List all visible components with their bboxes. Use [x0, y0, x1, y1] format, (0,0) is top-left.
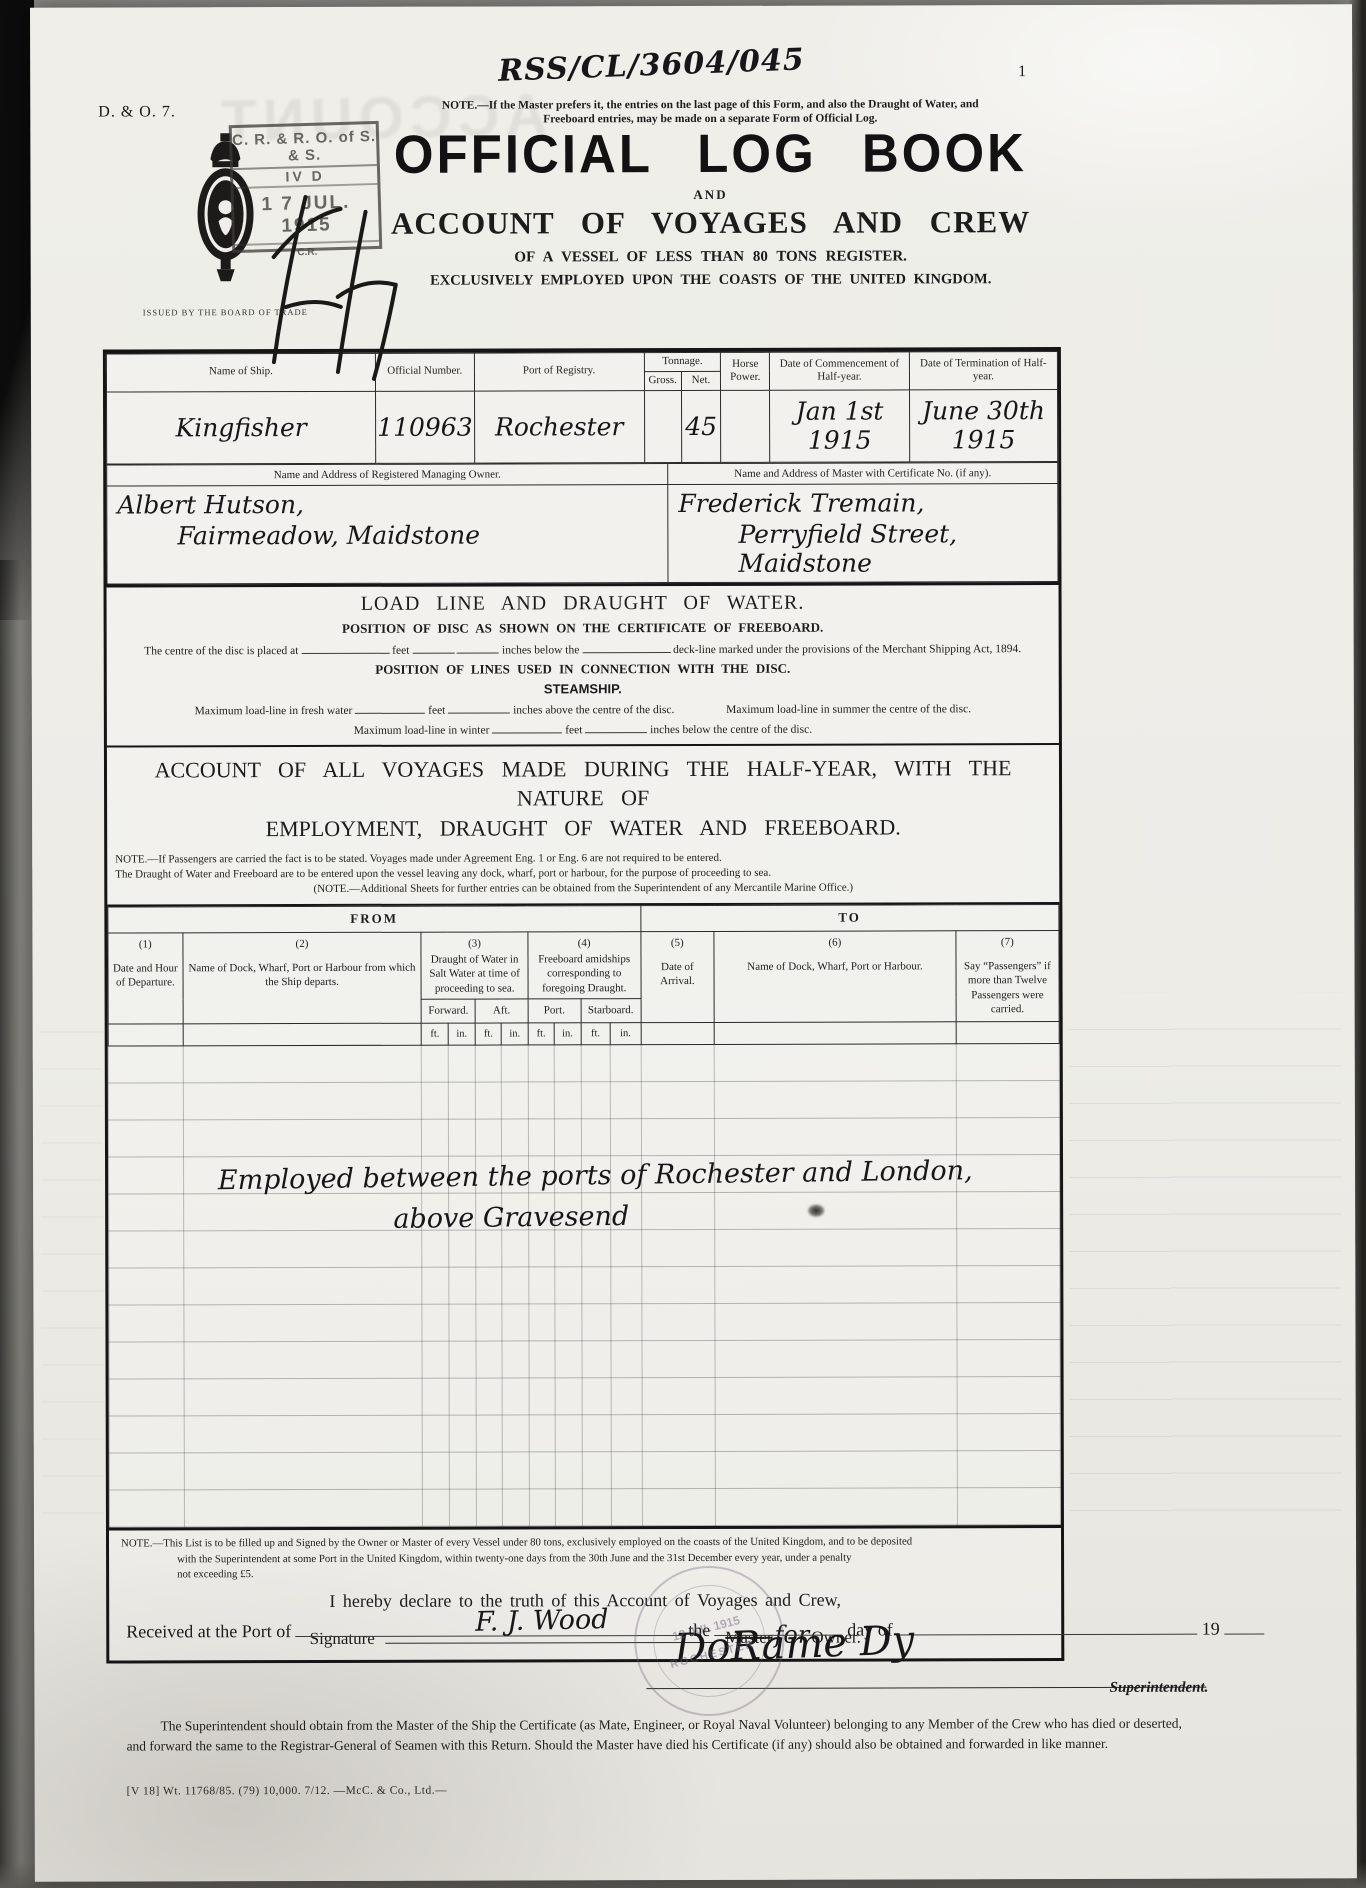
ft-label: ft. — [475, 1023, 501, 1045]
voyage-empty-cell — [957, 1413, 1060, 1450]
voyage-empty-cell — [503, 1489, 530, 1526]
voyage-empty-cell — [529, 1452, 555, 1489]
voyage-empty-cell — [554, 1082, 581, 1119]
value-horse-power — [721, 390, 770, 462]
voyage-empty-cell — [582, 1378, 612, 1415]
voyage-empty-cell — [529, 1267, 555, 1304]
col3-label: Draught of Water in Salt Water at time o… — [429, 953, 520, 994]
voyage-empty-cell — [184, 1304, 423, 1342]
voyage-empty-cell — [184, 1341, 423, 1379]
voyage-empty-cell — [502, 1267, 529, 1304]
voyage-empty-cell — [502, 1082, 529, 1119]
voyage-empty-cell — [108, 1046, 183, 1083]
voyage-empty-cell — [109, 1231, 184, 1268]
voyage-empty-cell — [957, 1450, 1060, 1487]
blank-month — [897, 1619, 1197, 1636]
superintendent-signature-handwritten: DoRame Dy — [674, 1617, 916, 1672]
to-header: TO — [640, 904, 1059, 931]
voyage-empty-cell — [715, 1081, 957, 1119]
voyage-empty-row — [109, 1339, 1060, 1378]
voyage-empty-cell — [611, 1452, 642, 1489]
declaration-note-line3: not exceeding £5. — [177, 1568, 253, 1580]
voyage-empty-cell — [610, 1045, 641, 1082]
voyage-empty-cell — [475, 1045, 501, 1082]
account-heading-line2: EMPLOYMENT, DRAUGHT OF WATER AND FREEBOA… — [266, 814, 901, 841]
voyage-entry-handwritten: Employed between the ports of Rochester … — [218, 1155, 979, 1237]
voyage-empty-cell — [611, 1341, 642, 1378]
centre-text4: deck-line marked under the provisions of… — [673, 643, 1021, 656]
blank-port — [296, 1620, 684, 1637]
voyage-empty-cell — [642, 1377, 716, 1414]
value-master: Frederick Tremain, Perryfield Street, Ma… — [668, 483, 1058, 582]
account-notes: NOTE.—If Passengers are carried the fact… — [115, 850, 1051, 899]
subtitle: ACCOUNT OF VOYAGES AND CREW — [361, 204, 1061, 242]
owner-name: Albert Hutson, — [117, 489, 657, 519]
voyage-empty-row — [109, 1376, 1060, 1415]
master-name: Frederick Tremain, — [678, 488, 1047, 518]
voyage-empty-cell — [476, 1341, 502, 1378]
voyage-empty-cell — [449, 1267, 476, 1304]
voyage-empty-cell — [715, 1377, 957, 1415]
voyage-empty-cell — [957, 1487, 1060, 1524]
account-of-voyages-section: ACCOUNT OF ALL VOYAGES MADE DURING THE H… — [107, 743, 1059, 905]
voyage-empty-cell — [501, 1045, 528, 1082]
col2-label: Name of Dock, Wharf, Port or Harbour fro… — [188, 962, 415, 989]
col7-header: (7)Say “Passengers” if more than Twelve … — [956, 930, 1059, 1021]
voyage-empty-cell — [423, 1415, 450, 1452]
voyage-empty-cell — [476, 1304, 502, 1341]
port-header: Port. — [528, 999, 581, 1023]
centre-text1: The centre of the disc is placed at — [144, 645, 298, 657]
voyage-empty-cell — [109, 1453, 184, 1490]
archive-reference-handwritten: RSS/CL/3604/045 — [498, 42, 806, 88]
voyage-empty-cell — [109, 1194, 184, 1231]
voyage-empty-cell — [449, 1230, 476, 1267]
voyage-empty-cell — [183, 1045, 422, 1083]
voyage-empty-row — [109, 1450, 1060, 1489]
voyage-empty-row — [109, 1302, 1060, 1341]
col4-number: (4) — [532, 936, 636, 951]
in-label: in. — [501, 1023, 528, 1045]
header-gross: Gross. — [644, 371, 681, 390]
voyage-empty-cell — [555, 1489, 582, 1526]
value-official-number: 110963 — [376, 391, 475, 463]
voyage-empty-cell — [475, 1119, 501, 1156]
col1-number: (1) — [112, 937, 178, 951]
voyage-empty-cell — [449, 1452, 476, 1489]
col2-header: (2)Name of Dock, Wharf, Port or Harbour … — [183, 932, 422, 1024]
voyage-table-wrap: FROM TO (1)Date and Hour of Departure. (… — [107, 902, 1061, 1528]
voyage-empty-cell — [449, 1489, 476, 1526]
voyage-empty-cell — [554, 1045, 581, 1082]
voyage-empty-cell — [956, 1080, 1059, 1117]
voyage-empty-cell — [109, 1379, 184, 1416]
in-label: in. — [554, 1023, 581, 1045]
ftin-blank1 — [108, 1024, 183, 1046]
col7-number: (7) — [960, 935, 1054, 950]
header-port-of-registry: Port of Registry. — [474, 353, 644, 391]
ftin-blank2 — [183, 1023, 422, 1046]
fresh-text3: inches above the centre of the disc. — [513, 704, 674, 716]
voyage-empty-row — [109, 1413, 1060, 1452]
in-label: in. — [448, 1023, 475, 1045]
account-heading-line1: ACCOUNT OF ALL VOYAGES MADE DURING THE H… — [155, 755, 1012, 811]
voyage-empty-cell — [642, 1488, 716, 1525]
voyage-empty-cell — [582, 1489, 612, 1526]
received-section: Received at the Port of the day of 19 Do… — [126, 1618, 1296, 1797]
voyage-empty-cell — [422, 1045, 449, 1082]
voyage-empty-cell — [582, 1452, 612, 1489]
form-code: D. & O. 7. — [98, 103, 176, 121]
from-header: FROM — [108, 905, 641, 932]
header-horse-power: Horse Power. — [721, 352, 770, 390]
voyage-empty-cell — [582, 1341, 612, 1378]
voyage-empty-cell — [715, 1340, 957, 1378]
voyage-empty-cell — [611, 1304, 642, 1341]
header-termination: Date of Termination of Half-year. — [909, 352, 1057, 390]
declaration-note-line1: NOTE.—This List is to be filled up and S… — [121, 1535, 912, 1549]
voyage-empty-cell — [476, 1230, 502, 1267]
voyage-empty-cell — [109, 1157, 184, 1194]
forward-header: Forward. — [421, 999, 475, 1023]
voyage-empty-cell — [581, 1045, 611, 1082]
voyage-empty-cell — [957, 1376, 1060, 1413]
ink-blot — [808, 1204, 824, 1216]
main-title: OFFICIAL LOG BOOK — [360, 121, 1060, 185]
voyage-empty-cell — [528, 1082, 554, 1119]
margin-rule-lines-right — [1069, 992, 1342, 1545]
blank-fresh-feet — [355, 701, 425, 713]
handwritten-initials-scribble — [245, 157, 446, 393]
title-line3: OF A VESSEL OF LESS THAN 80 TONS REGISTE… — [361, 248, 1061, 267]
voyage-empty-cell — [109, 1416, 184, 1453]
voyage-empty-cell — [611, 1230, 642, 1267]
voyage-empty-cell — [611, 1489, 642, 1526]
voyage-empty-cell — [476, 1489, 502, 1526]
master-address: Perryfield Street, Maidstone — [738, 519, 1047, 578]
voyage-empty-row — [108, 1117, 1059, 1156]
page-number: 1 — [1018, 63, 1026, 81]
voyage-empty-cell — [529, 1230, 555, 1267]
voyage-empty-cell — [448, 1082, 475, 1119]
blank-feet — [301, 641, 389, 653]
voyage-empty-cell — [957, 1265, 1060, 1302]
margin-rule-lines-left — [41, 996, 104, 1548]
voyage-empty-cell — [109, 1305, 184, 1342]
header-net: Net. — [681, 371, 721, 390]
disc-centre-line: The centre of the disc is placed at feet… — [117, 640, 1049, 657]
voyage-empty-cell — [476, 1378, 502, 1415]
voyage-empty-cell — [528, 1119, 554, 1156]
received-label: Received at the Port of — [126, 1621, 291, 1641]
blank-fresh-inches — [448, 701, 510, 713]
col2-number: (2) — [187, 936, 417, 951]
voyage-empty-cell — [503, 1452, 530, 1489]
voyage-empty-cell — [183, 1119, 422, 1157]
voyage-empty-cell — [422, 1082, 449, 1119]
voyage-empty-cell — [957, 1302, 1060, 1339]
col4-label: Freeboard amidships corresponding to for… — [538, 953, 630, 994]
voyage-empty-cell — [582, 1415, 612, 1452]
col5-number: (5) — [645, 936, 710, 950]
voyage-empty-cell — [422, 1304, 449, 1341]
account-heading: ACCOUNT OF ALL VOYAGES MADE DURING THE H… — [115, 753, 1051, 845]
ftin-blank3 — [641, 1022, 715, 1044]
blank-winter-inches — [585, 721, 647, 733]
document-title-block: OFFICIAL LOG BOOK AND ACCOUNT OF VOYAGES… — [360, 123, 1060, 290]
voyage-empty-cell — [581, 1119, 611, 1156]
voyage-empty-cell — [715, 1414, 957, 1452]
voyage-empty-cell — [502, 1341, 529, 1378]
voyage-empty-cell — [641, 1266, 715, 1303]
voyage-empty-cell — [581, 1267, 611, 1304]
centre-text3: inches below the — [502, 644, 579, 656]
voyage-empty-cell — [555, 1267, 582, 1304]
voyage-empty-cell — [956, 1228, 1059, 1265]
blank-winter-feet — [492, 721, 562, 733]
header-managing-owner: Name and Address of Registered Managing … — [107, 463, 668, 485]
voyage-empty-cell — [529, 1489, 555, 1526]
voyage-empty-cell — [448, 1119, 475, 1156]
ft-label: ft. — [581, 1023, 611, 1045]
col1-header: (1)Date and Hour of Departure. — [108, 933, 183, 1024]
voyage-empty-cell — [555, 1341, 582, 1378]
summer-text: Maximum load-line in summer the centre o… — [726, 703, 971, 716]
aft-header: Aft. — [475, 999, 528, 1023]
top-note-line1: NOTE.—If the Master prefers it, the entr… — [442, 98, 979, 111]
col6-label: Name of Dock, Wharf, Port or Harbour. — [747, 960, 922, 972]
voyage-empty-row — [108, 1043, 1059, 1082]
load-line-title: LOAD LINE AND DRAUGHT OF WATER. — [117, 591, 1049, 616]
declaration-note-line2: with the Superintendent at some Port in … — [177, 1551, 852, 1565]
footer-para-line1: The Superintendent should obtain from th… — [160, 1716, 901, 1733]
voyage-empty-cell — [529, 1415, 555, 1452]
voyage-empty-cell — [715, 1303, 957, 1341]
voyage-empty-cell — [476, 1415, 502, 1452]
year-prefix: 19 — [1202, 1619, 1220, 1639]
blank-year — [1224, 1619, 1264, 1635]
ftin-blank4 — [714, 1022, 956, 1045]
col5-label: Date of Arrival. — [660, 961, 695, 987]
title-line4: EXCLUSIVELY EMPLOYED UPON THE COASTS OF … — [361, 271, 1061, 290]
voyage-empty-cell — [422, 1378, 449, 1415]
voyage-empty-cell — [502, 1119, 529, 1156]
header-commencement: Date of Commencement of Half-year. — [770, 352, 910, 390]
voyage-empty-cell — [641, 1303, 715, 1340]
voyage-empty-cell — [554, 1119, 581, 1156]
voyage-empty-cell — [582, 1304, 612, 1341]
fresh-text2: feet — [428, 704, 445, 716]
voyage-empty-cell — [184, 1452, 423, 1490]
voyage-empty-cell — [108, 1120, 183, 1157]
centre-text2: feet — [392, 644, 409, 656]
voyage-empty-cell — [184, 1378, 423, 1416]
value-gross-tonnage — [644, 390, 681, 462]
voyage-empty-cell — [642, 1414, 716, 1451]
voyage-empty-cell — [957, 1339, 1060, 1376]
voyage-empty-cell — [529, 1341, 555, 1378]
voyage-empty-cell — [642, 1451, 716, 1488]
voyage-empty-cell — [422, 1119, 449, 1156]
voyage-empty-cell — [529, 1304, 555, 1341]
voyage-empty-cell — [502, 1230, 529, 1267]
ft-label: ft. — [422, 1023, 449, 1045]
printer-code: [V 18] Wt. 11768/85. (79) 10,000. 7/12. … — [127, 1782, 1297, 1797]
voyage-empty-cell — [475, 1082, 501, 1119]
title-and: AND — [360, 186, 1060, 204]
winter-line: Maximum load-line in winter feet inches … — [117, 720, 1049, 737]
col7-label: Say “Passengers” if more than Twelve Pas… — [964, 960, 1051, 1015]
voyage-empty-cell — [715, 1451, 957, 1489]
voyage-empty-cell — [641, 1118, 715, 1155]
voyage-empty-cell — [449, 1415, 476, 1452]
col6-header: (6)Name of Dock, Wharf, Port or Harbour. — [714, 931, 956, 1023]
account-note3: (NOTE.—Additional Sheets for further ent… — [115, 880, 1051, 898]
voyage-empty-cell — [422, 1230, 449, 1267]
voyage-empty-cell — [641, 1340, 715, 1377]
ft-label: ft. — [528, 1023, 554, 1045]
voyage-empty-row — [109, 1265, 1060, 1304]
voyage-empty-cell — [555, 1230, 582, 1267]
value-commencement-date: Jan 1st 1915 — [770, 389, 910, 461]
voyage-empty-cell — [555, 1304, 582, 1341]
fresh-text1: Maximum load-line in fresh water — [195, 704, 353, 716]
form-outer-box: Name of Ship. Official Number. Port of R… — [103, 347, 1064, 1663]
col3-header: (3)Draught of Water in Salt Water at tim… — [421, 932, 528, 999]
voyage-empty-cell — [184, 1415, 423, 1453]
position-of-lines-heading: POSITION OF LINES USED IN CONNECTION WIT… — [117, 660, 1049, 678]
voyage-empty-cell — [956, 1043, 1059, 1080]
voyage-empty-cell — [581, 1230, 611, 1267]
header-tonnage: Tonnage. — [644, 352, 721, 371]
starboard-header: Starboard. — [581, 999, 641, 1023]
voyage-empty-cell — [476, 1267, 502, 1304]
voyage-empty-cell — [108, 1083, 183, 1120]
voyage-empty-cell — [502, 1415, 529, 1452]
voyage-empty-cell — [715, 1118, 957, 1156]
voyage-empty-row — [108, 1080, 1059, 1119]
footer-paragraph: The Superintendent should obtain from th… — [126, 1714, 1186, 1757]
voyage-table-body — [108, 1043, 1060, 1526]
voyage-empty-cell — [423, 1452, 450, 1489]
voyage-empty-cell — [714, 1044, 956, 1082]
form-area: Name of Ship. Official Number. Port of R… — [103, 347, 1064, 1663]
col4-header: (4)Freeboard amidships corresponding to … — [528, 931, 641, 998]
value-net-tonnage: 45 — [681, 390, 721, 462]
blank-deckline — [582, 641, 670, 653]
blank-inches-b — [457, 641, 499, 653]
footer-para-line3: have died his Certificate (if any) shoul… — [637, 1736, 1108, 1752]
voyage-empty-cell — [528, 1045, 554, 1082]
voyage-empty-cell — [716, 1488, 958, 1526]
voyage-empty-cell — [449, 1304, 476, 1341]
value-port-of-registry: Rochester — [474, 390, 644, 462]
blank-inches-a — [412, 641, 454, 653]
fresh-water-line: Maximum load-line in fresh water feet in… — [117, 700, 1049, 717]
value-owner: Albert Hutson, Fairmeadow, Maidstone — [107, 484, 668, 583]
voyage-empty-cell — [611, 1378, 642, 1415]
received-row: Received at the Port of the day of 19 Do… — [126, 1618, 1296, 1642]
voyage-empty-cell — [449, 1341, 476, 1378]
voyage-empty-cell — [956, 1117, 1059, 1154]
winter-text2: feet — [565, 724, 582, 736]
document-paper: ACCOUNT RSS/CL/3604/045 1 D. & O. 7. NOT… — [30, 4, 1357, 1881]
position-of-disc-heading: POSITION OF DISC AS SHOWN ON THE CERTIFI… — [117, 619, 1049, 637]
voyage-empty-cell — [641, 1229, 715, 1266]
voyage-empty-cell — [581, 1082, 611, 1119]
winter-text1: Maximum load-line in winter — [354, 724, 490, 736]
declaration-note: NOTE.—This List is to be filled up and S… — [121, 1534, 1049, 1583]
voyage-empty-cell — [448, 1045, 475, 1082]
voyage-empty-cell — [422, 1341, 449, 1378]
voyage-empty-cell — [109, 1342, 184, 1379]
scan-edge-left-lower — [0, 560, 20, 1888]
ftin-blank5 — [956, 1021, 1059, 1043]
voyage-empty-cell — [555, 1415, 582, 1452]
col6-number: (6) — [719, 935, 952, 950]
voyage-empty-cell — [476, 1452, 502, 1489]
in-label: in. — [610, 1023, 640, 1045]
col5-header: (5)Date of Arrival. — [640, 931, 714, 1022]
voyage-empty-cell — [611, 1415, 642, 1452]
voyage-empty-cell — [715, 1266, 957, 1304]
col1-label: Date and Hour of Departure. — [113, 962, 178, 988]
owner-address: Fairmeadow, Maidstone — [177, 520, 657, 550]
voyage-empty-cell — [422, 1267, 449, 1304]
voyage-empty-cell — [641, 1081, 715, 1118]
voyage-empty-cell — [641, 1044, 715, 1081]
value-ship-name: Kingfisher — [107, 391, 376, 464]
voyage-empty-cell — [555, 1452, 582, 1489]
superintendent-line: Superintendent. — [646, 1674, 1206, 1689]
steamship-heading: STEAMSHIP. — [117, 680, 1049, 697]
voyage-empty-cell — [611, 1267, 642, 1304]
voyage-empty-cell — [610, 1082, 641, 1119]
voyage-empty-cell — [502, 1378, 529, 1415]
voyage-empty-cell — [423, 1489, 450, 1526]
value-termination-date: June 30th 1915 — [909, 389, 1057, 461]
owner-master-table: Name and Address of Registered Managing … — [106, 462, 1058, 584]
scan-edge-left — [0, 0, 34, 620]
voyage-empty-cell — [109, 1490, 184, 1527]
voyage-empty-cell — [502, 1304, 529, 1341]
voyage-empty-cell — [449, 1378, 476, 1415]
voyage-empty-row — [109, 1487, 1060, 1526]
superintendent-label: Superintendent. — [1110, 1680, 1209, 1697]
voyage-empty-cell — [715, 1229, 957, 1267]
voyage-empty-cell — [183, 1267, 422, 1305]
winter-text3: inches below the centre of the disc. — [650, 723, 812, 735]
voyage-empty-cell — [529, 1378, 555, 1415]
voyage-empty-cell — [109, 1268, 184, 1305]
voyage-empty-cell — [184, 1489, 423, 1527]
voyage-empty-cell — [183, 1082, 422, 1120]
col3-number: (3) — [426, 936, 524, 951]
load-line-section: LOAD LINE AND DRAUGHT OF WATER. POSITION… — [107, 582, 1059, 745]
voyage-empty-cell — [610, 1119, 641, 1156]
voyage-empty-cell — [555, 1378, 582, 1415]
header-master: Name and Address of Master with Certific… — [668, 462, 1058, 484]
